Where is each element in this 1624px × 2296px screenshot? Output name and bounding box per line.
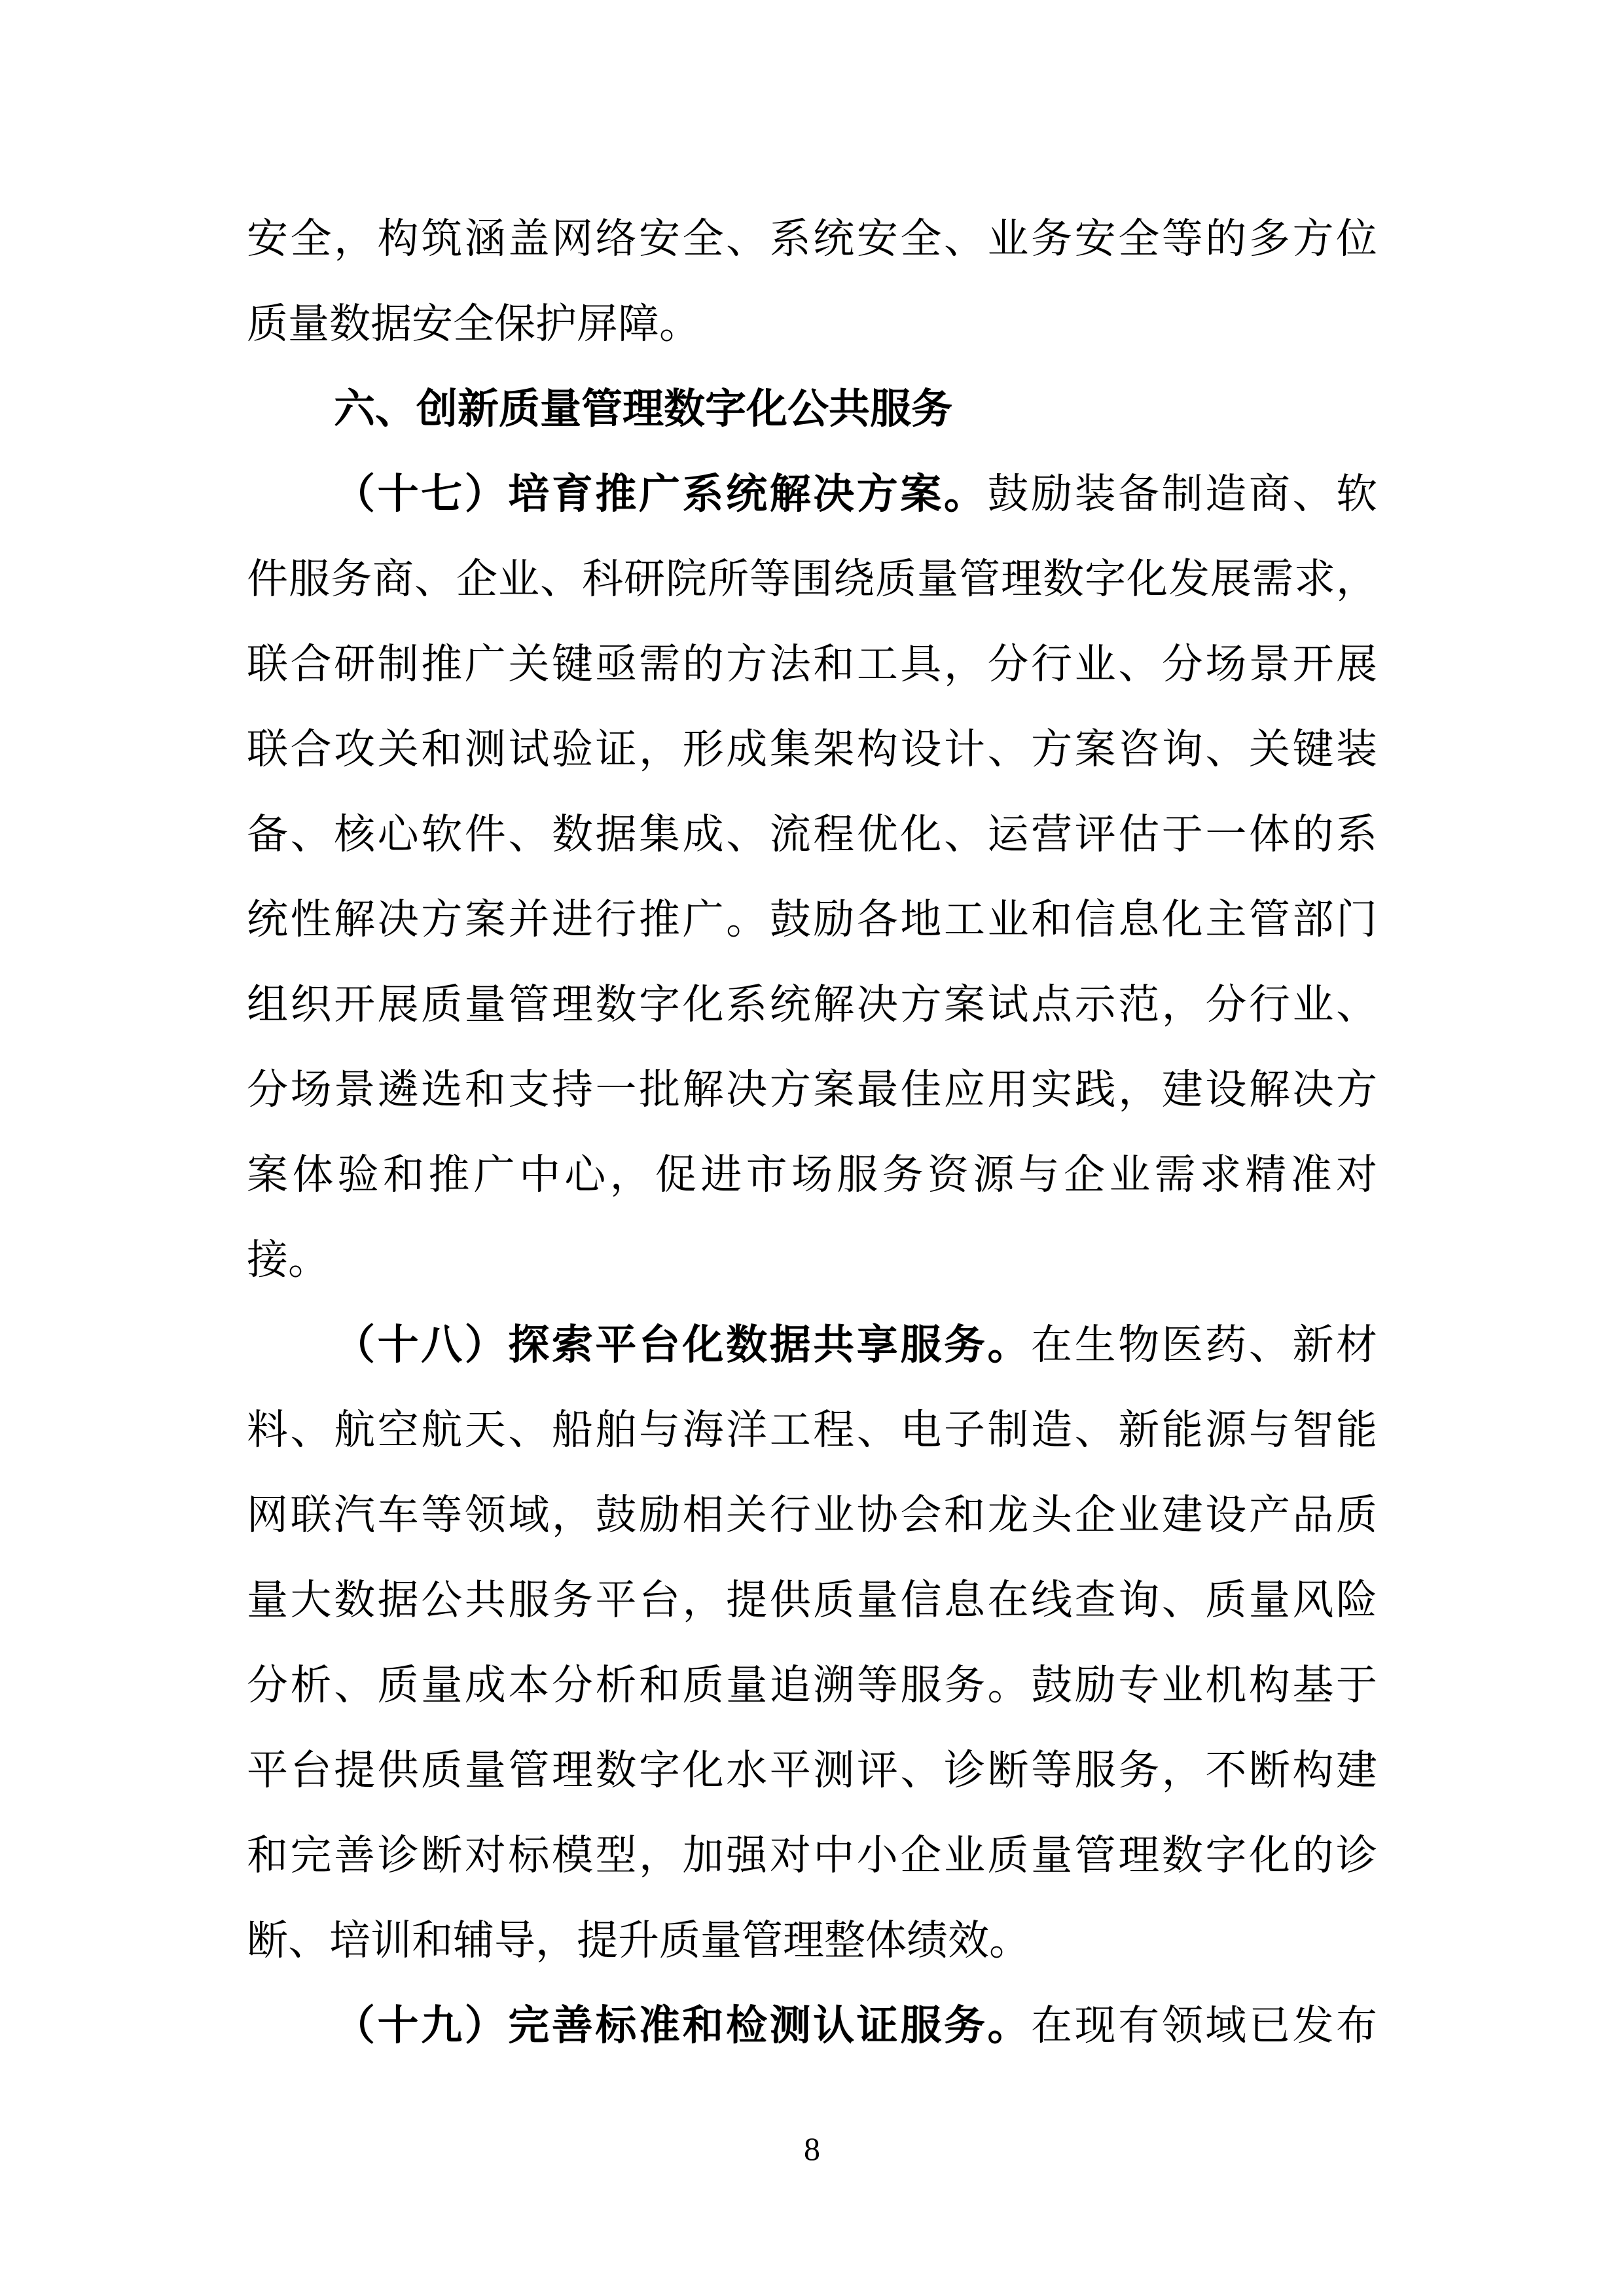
text-run: 在生物医药、新材 — [1031, 1322, 1377, 1368]
text-run: 和完善诊断对标模型，加强对中小企业质量管理数字化的诊 — [247, 1833, 1377, 1878]
text-run: 量大数据公共服务平台，提供质量信息在线查询、质量风险 — [247, 1577, 1377, 1623]
text-run: 联合研制推广关键亟需的方法和工具，分行业、分场景开展 — [247, 641, 1377, 687]
text-line: 组织开展质量管理数字化系统解决方案试点示范，分行业、 — [247, 962, 1377, 1047]
text-line: （十九）完善标准和检测认证服务。在现有领域已发布 — [247, 1983, 1377, 2068]
text-line: （十八）探索平台化数据共享服务。在生物医药、新材 — [247, 1302, 1377, 1388]
text-line: 分场景遴选和支持一批解决方案最佳应用实践，建设解决方 — [247, 1047, 1377, 1132]
text-run: 料、航空航天、船舶与海洋工程、电子制造、新能源与智能 — [247, 1407, 1377, 1453]
text-line: 网联汽车等领域，鼓励相关行业协会和龙头企业建设产品质 — [247, 1473, 1377, 1558]
bold-run: （十八）探索平台化数据共享服务。 — [334, 1322, 1031, 1368]
section-heading: 六、创新质量管理数字化公共服务 — [247, 367, 1377, 452]
text-line: 统性解决方案并进行推广。鼓励各地工业和信息化主管部门 — [247, 877, 1377, 962]
text-line: 和完善诊断对标模型，加强对中小企业质量管理数字化的诊 — [247, 1813, 1377, 1898]
document-page: 安全，构筑涵盖网络安全、系统安全、业务安全等的多方位质量数据安全保护屏障。六、创… — [0, 0, 1624, 2296]
bold-run: 六、创新质量管理数字化公共服务 — [334, 386, 952, 432]
text-line: 平台提供质量管理数字化水平测评、诊断等服务，不断构建 — [247, 1728, 1377, 1813]
page-number: 8 — [0, 2128, 1624, 2169]
text-run: 案体验和推广中心，促进市场服务资源与企业需求精准对 — [247, 1152, 1377, 1198]
text-run: 质量数据安全保护屏障。 — [247, 301, 700, 347]
text-run: 分析、质量成本分析和质量追溯等服务。鼓励专业机构基于 — [247, 1662, 1377, 1708]
text-run: 联合攻关和测试验证，形成集架构设计、方案咨询、关键装 — [247, 726, 1377, 772]
text-run: 统性解决方案并进行推广。鼓励各地工业和信息化主管部门 — [247, 897, 1377, 942]
text-line: 联合研制推广关键亟需的方法和工具，分行业、分场景开展 — [247, 622, 1377, 707]
text-line: 质量数据安全保护屏障。 — [247, 281, 1377, 367]
text-run: 在现有领域已发布 — [1031, 2003, 1377, 2049]
document-body: 安全，构筑涵盖网络安全、系统安全、业务安全等的多方位质量数据安全保护屏障。六、创… — [247, 196, 1377, 2068]
text-run: 分场景遴选和支持一批解决方案最佳应用实践，建设解决方 — [247, 1067, 1377, 1113]
text-run: 网联汽车等领域，鼓励相关行业协会和龙头企业建设产品质 — [247, 1492, 1377, 1538]
text-run: 平台提供质量管理数字化水平测评、诊断等服务，不断构建 — [247, 1748, 1377, 1793]
text-run: 断、培训和辅导，提升质量管理整体绩效。 — [247, 1918, 1030, 1964]
text-line: 案体验和推广中心，促进市场服务资源与企业需求精准对 — [247, 1132, 1377, 1217]
text-run: 组织开展质量管理数字化系统解决方案试点示范，分行业、 — [247, 982, 1377, 1028]
text-line: 件服务商、企业、科研院所等围绕质量管理数字化发展需求， — [247, 537, 1377, 622]
text-run: 鼓励装备制造商、软 — [987, 471, 1377, 517]
text-line: （十七）培育推广系统解决方案。鼓励装备制造商、软 — [247, 452, 1377, 537]
text-run: 安全，构筑涵盖网络安全、系统安全、业务安全等的多方位 — [247, 216, 1377, 262]
text-line: 断、培训和辅导，提升质量管理整体绩效。 — [247, 1898, 1377, 1983]
text-run: 备、核心软件、数据集成、流程优化、运营评估于一体的系 — [247, 812, 1377, 857]
text-line: 料、航空航天、船舶与海洋工程、电子制造、新能源与智能 — [247, 1388, 1377, 1473]
text-line: 接。 — [247, 1217, 1377, 1302]
text-line: 备、核心软件、数据集成、流程优化、运营评估于一体的系 — [247, 792, 1377, 877]
text-line: 安全，构筑涵盖网络安全、系统安全、业务安全等的多方位 — [247, 196, 1377, 281]
bold-run: （十九）完善标准和检测认证服务。 — [334, 2003, 1031, 2049]
text-line: 量大数据公共服务平台，提供质量信息在线查询、质量风险 — [247, 1558, 1377, 1643]
text-run: 件服务商、企业、科研院所等围绕质量管理数字化发展需求， — [247, 556, 1377, 602]
bold-run: （十七）培育推广系统解决方案。 — [334, 471, 987, 517]
text-run: 接。 — [247, 1237, 329, 1283]
text-line: 分析、质量成本分析和质量追溯等服务。鼓励专业机构基于 — [247, 1643, 1377, 1728]
text-line: 联合攻关和测试验证，形成集架构设计、方案咨询、关键装 — [247, 707, 1377, 792]
